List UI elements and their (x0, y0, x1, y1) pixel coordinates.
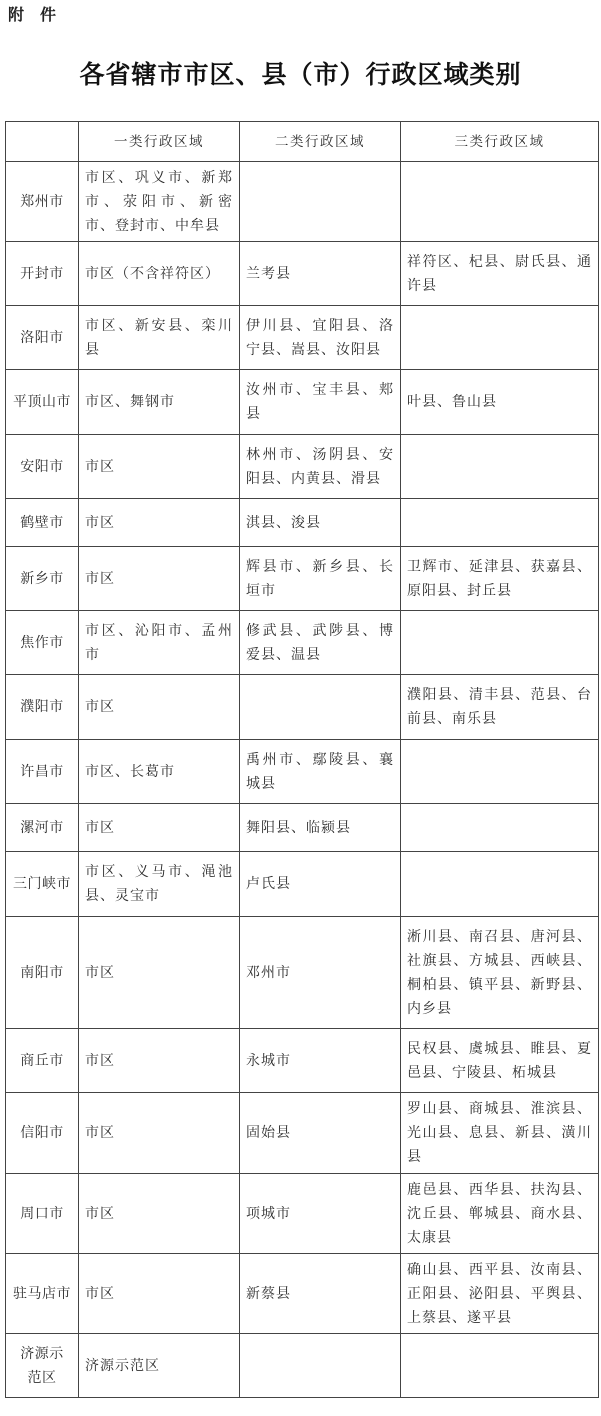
table-header-row: 一类行政区域 二类行政区域 三类行政区域 (6, 122, 599, 162)
class1-cell: 济源示范区 (79, 1334, 240, 1398)
region-classification-table: 一类行政区域 二类行政区域 三类行政区域 郑州市市区、巩义市、新郑市、荥阳市、新… (5, 121, 599, 1398)
class2-cell: 固始县 (240, 1093, 401, 1174)
class3-cell (401, 611, 599, 675)
class2-cell: 修武县、武陟县、博爱县、温县 (240, 611, 401, 675)
class1-cell: 市区 (79, 1093, 240, 1174)
column-header-class2: 二类行政区域 (240, 122, 401, 162)
city-cell: 鹤壁市 (6, 499, 79, 547)
class3-cell (401, 1334, 599, 1398)
class3-cell (401, 499, 599, 547)
class2-cell (240, 162, 401, 242)
table-row: 济源示范区济源示范区 (6, 1334, 599, 1398)
table-row: 三门峡市市区、义马市、渑池县、灵宝市卢氏县 (6, 852, 599, 917)
document-title: 各省辖市市区、县（市）行政区域类别 (0, 55, 601, 91)
class3-cell (401, 306, 599, 370)
class3-cell: 鹿邑县、西华县、扶沟县、沈丘县、郸城县、商水县、太康县 (401, 1174, 599, 1254)
class3-cell: 祥符区、杞县、尉氏县、通许县 (401, 242, 599, 306)
city-cell: 许昌市 (6, 740, 79, 804)
table-row: 鹤壁市市区淇县、浚县 (6, 499, 599, 547)
class2-cell (240, 675, 401, 740)
table-row: 南阳市市区邓州市淅川县、南召县、唐河县、社旗县、方城县、西峡县、桐柏县、镇平县、… (6, 917, 599, 1029)
class3-cell (401, 852, 599, 917)
city-cell: 安阳市 (6, 435, 79, 499)
class1-cell: 市区 (79, 499, 240, 547)
city-cell: 周口市 (6, 1174, 79, 1254)
city-cell: 濮阳市 (6, 675, 79, 740)
city-cell: 三门峡市 (6, 852, 79, 917)
class3-cell: 民权县、虞城县、睢县、夏邑县、宁陵县、柘城县 (401, 1029, 599, 1093)
table-row: 安阳市市区林州市、汤阴县、安阳县、内黄县、滑县 (6, 435, 599, 499)
class1-cell: 市区、巩义市、新郑市、荥阳市、新密市、登封市、中牟县 (79, 162, 240, 242)
class1-cell: 市区、新安县、栾川县 (79, 306, 240, 370)
city-cell: 信阳市 (6, 1093, 79, 1174)
table-row: 周口市市区项城市鹿邑县、西华县、扶沟县、沈丘县、郸城县、商水县、太康县 (6, 1174, 599, 1254)
class2-cell: 项城市 (240, 1174, 401, 1254)
table-row: 漯河市市区舞阳县、临颍县 (6, 804, 599, 852)
table-row: 平顶山市市区、舞钢市汝州市、宝丰县、郏县叶县、鲁山县 (6, 370, 599, 435)
class3-cell (401, 435, 599, 499)
city-cell: 洛阳市 (6, 306, 79, 370)
city-cell: 平顶山市 (6, 370, 79, 435)
class3-cell: 卫辉市、延津县、获嘉县、原阳县、封丘县 (401, 547, 599, 611)
class1-cell: 市区 (79, 547, 240, 611)
column-header-city (6, 122, 79, 162)
city-cell: 焦作市 (6, 611, 79, 675)
class3-cell: 确山县、西平县、汝南县、正阳县、泌阳县、平舆县、上蔡县、遂平县 (401, 1254, 599, 1334)
table-row: 焦作市市区、沁阳市、孟州市修武县、武陟县、博爱县、温县 (6, 611, 599, 675)
class1-cell: 市区 (79, 1029, 240, 1093)
class2-cell (240, 1334, 401, 1398)
class3-cell: 叶县、鲁山县 (401, 370, 599, 435)
class2-cell: 永城市 (240, 1029, 401, 1093)
class1-cell: 市区 (79, 1254, 240, 1334)
class2-cell: 辉县市、新乡县、长垣市 (240, 547, 401, 611)
class1-cell: 市区 (79, 435, 240, 499)
table-row: 新乡市市区辉县市、新乡县、长垣市卫辉市、延津县、获嘉县、原阳县、封丘县 (6, 547, 599, 611)
class1-cell: 市区 (79, 917, 240, 1029)
class2-cell: 淇县、浚县 (240, 499, 401, 547)
table-row: 信阳市市区固始县罗山县、商城县、淮滨县、光山县、息县、新县、潢川县 (6, 1093, 599, 1174)
city-cell: 驻马店市 (6, 1254, 79, 1334)
class1-cell: 市区、长葛市 (79, 740, 240, 804)
table-row: 洛阳市市区、新安县、栾川县伊川县、宜阳县、洛宁县、嵩县、汝阳县 (6, 306, 599, 370)
class1-cell: 市区、舞钢市 (79, 370, 240, 435)
class3-cell: 淅川县、南召县、唐河县、社旗县、方城县、西峡县、桐柏县、镇平县、新野县、内乡县 (401, 917, 599, 1029)
class2-cell: 卢氏县 (240, 852, 401, 917)
class1-cell: 市区 (79, 675, 240, 740)
table-row: 商丘市市区永城市民权县、虞城县、睢县、夏邑县、宁陵县、柘城县 (6, 1029, 599, 1093)
table-row: 开封市市区（不含祥符区）兰考县祥符区、杞县、尉氏县、通许县 (6, 242, 599, 306)
city-cell: 商丘市 (6, 1029, 79, 1093)
class3-cell (401, 162, 599, 242)
class3-cell: 濮阳县、清丰县、范县、台前县、南乐县 (401, 675, 599, 740)
class2-cell: 伊川县、宜阳县、洛宁县、嵩县、汝阳县 (240, 306, 401, 370)
city-cell: 开封市 (6, 242, 79, 306)
city-cell: 新乡市 (6, 547, 79, 611)
column-header-class1: 一类行政区域 (79, 122, 240, 162)
class2-cell: 舞阳县、临颍县 (240, 804, 401, 852)
column-header-class3: 三类行政区域 (401, 122, 599, 162)
attachment-label: 附件 (8, 2, 72, 25)
class2-cell: 林州市、汤阴县、安阳县、内黄县、滑县 (240, 435, 401, 499)
table-row: 许昌市市区、长葛市禹州市、鄢陵县、襄城县 (6, 740, 599, 804)
class2-cell: 新蔡县 (240, 1254, 401, 1334)
class3-cell (401, 740, 599, 804)
class2-cell: 兰考县 (240, 242, 401, 306)
class2-cell: 汝州市、宝丰县、郏县 (240, 370, 401, 435)
table-row: 濮阳市市区濮阳县、清丰县、范县、台前县、南乐县 (6, 675, 599, 740)
table-row: 郑州市市区、巩义市、新郑市、荥阳市、新密市、登封市、中牟县 (6, 162, 599, 242)
class3-cell: 罗山县、商城县、淮滨县、光山县、息县、新县、潢川县 (401, 1093, 599, 1174)
city-cell: 南阳市 (6, 917, 79, 1029)
city-cell: 漯河市 (6, 804, 79, 852)
class1-cell: 市区、义马市、渑池县、灵宝市 (79, 852, 240, 917)
class1-cell: 市区 (79, 804, 240, 852)
class1-cell: 市区（不含祥符区） (79, 242, 240, 306)
class2-cell: 邓州市 (240, 917, 401, 1029)
city-cell: 郑州市 (6, 162, 79, 242)
class2-cell: 禹州市、鄢陵县、襄城县 (240, 740, 401, 804)
city-cell: 济源示范区 (6, 1334, 79, 1398)
table-row: 驻马店市市区新蔡县确山县、西平县、汝南县、正阳县、泌阳县、平舆县、上蔡县、遂平县 (6, 1254, 599, 1334)
class3-cell (401, 804, 599, 852)
class1-cell: 市区、沁阳市、孟州市 (79, 611, 240, 675)
class1-cell: 市区 (79, 1174, 240, 1254)
